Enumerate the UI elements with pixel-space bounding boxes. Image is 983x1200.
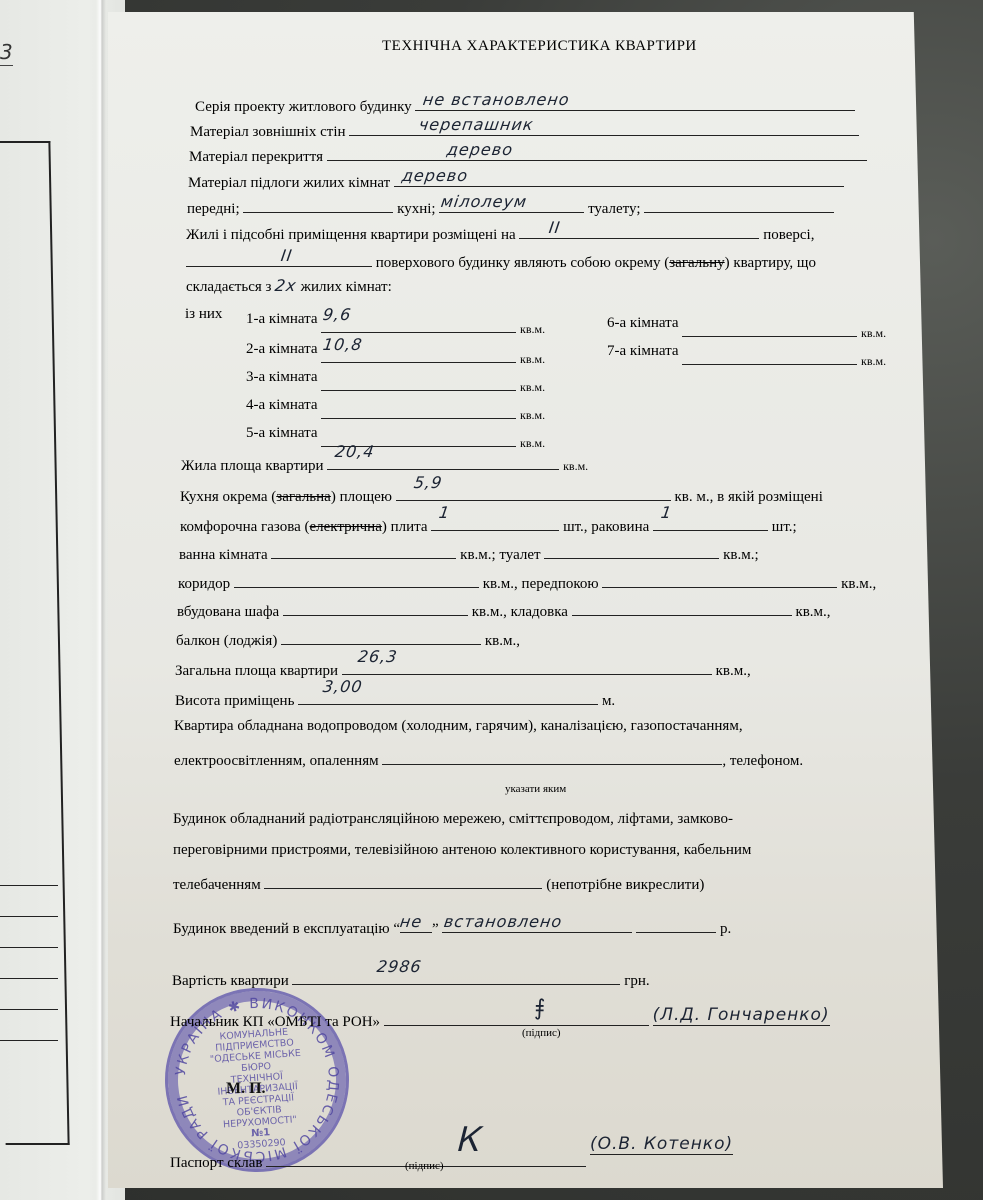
closet-row: вбудована шафа кв.м., кладовка кв.м., [177,599,831,621]
room-unit: кв.м. [520,322,545,336]
ceiling-height-field[interactable]: 3,00 [298,688,598,705]
compiler-sign-hint: (підпис) [405,1160,444,1172]
compiler-name: (О.В. Котенко) [590,1134,733,1155]
equipment-line2: переговірними пристроями, телевізійною а… [173,842,751,859]
room-label: 3-а кімната [246,369,318,385]
floor-number-field[interactable]: ІІ [519,222,759,239]
kitchen-floor-label: кухні; [397,201,435,217]
room-area-field[interactable]: 9,6 [321,316,516,333]
kitchen-label: Кухня окрема ( [180,489,276,505]
corridor-unit: кв.м., передпокою [483,576,599,592]
hall-floor-label: передні; [187,201,240,217]
hall-area-field[interactable] [602,571,837,588]
bathroom-area-field[interactable] [271,542,456,559]
kitchen-area-field[interactable]: 5,9 [396,484,671,501]
commissioning-suffix: р. [720,921,731,937]
commissioning-day-field[interactable]: не [400,916,432,933]
price-field[interactable]: 2986 [292,968,620,985]
compiler-signature-icon: Ꮶ [456,1120,479,1160]
commissioning-month-field[interactable]: встановлено [442,916,632,933]
ceiling-height-unit: м. [602,693,615,709]
building-floors-value: ІІ [280,246,294,265]
closet-label: вбудована шафа [177,604,279,620]
hall-unit: кв.м., [841,576,876,592]
utilities-hint: указати яким [505,783,566,795]
room-area-field[interactable] [321,374,516,391]
project-series-value: не встановлено [422,90,571,109]
left-page-table-cells [0,855,58,1105]
corridor-label: коридор [178,576,230,592]
room-area-value: 10,8 [322,335,364,354]
stove-row: комфорочна газова (електрична) плита 1 ш… [180,514,797,536]
total-area-value: 26,3 [357,647,399,666]
room-row: 5-а кімната кв.м. [246,420,545,442]
building-floors-field[interactable]: ІІ [186,250,372,267]
kitchen-row: Кухня окрема (загальна) площею 5,9 кв. м… [180,484,823,506]
balcony-area-field[interactable] [281,628,481,645]
storage-unit: кв.м., [795,604,830,620]
toilet-area-field[interactable] [544,542,719,559]
balcony-label: балкон (лоджія) [176,633,277,649]
toilet-floor-field[interactable] [644,196,834,213]
bathroom-unit: кв.м.; туалет [460,547,540,563]
room-row: 6-а кімната кв.м. [607,310,886,332]
room-row: 1-а кімната 9,6 кв.м. [246,306,545,328]
ceiling-height-value: 3,00 [322,677,364,696]
sink-unit: шт.; [772,519,797,535]
ceiling-material-label: Матеріал перекриття [189,149,323,165]
heating-field[interactable] [382,748,722,765]
room-label: 4-а кімната [246,397,318,413]
total-area-field[interactable]: 26,3 [342,658,712,675]
bathroom-row: ванна кімната кв.м.; туалет кв.м.; [179,542,759,564]
corridor-area-field[interactable] [234,571,479,588]
price-row: Вартість квартири 2986 грн. [172,968,650,990]
ceiling-material-value: дерево [445,140,514,159]
project-series-row: Серія проекту житлового будинку не встан… [195,94,855,116]
storage-area-field[interactable] [572,599,792,616]
rooms-count-suffix: жилих кімнат: [301,279,392,295]
floor-suffix: поверсі, [763,227,814,243]
toilet-floor-label: туалету; [588,201,640,217]
kitchen-suffix: кв. м., в якій розміщені [675,489,823,505]
kitchen-label2: ) площею [331,489,392,505]
room-area-field[interactable] [682,320,857,337]
left-page-mark: 3 [0,40,13,64]
stove-label2: ) плита [382,519,428,535]
rooms-count-row: складається з 2х жилих кімнат: [186,276,392,296]
head-signature-icon: ⨎ [534,996,545,1021]
compiler-label: Паспорт склав [170,1155,262,1171]
outer-wall-row: Матеріал зовнішніх стін черепашник [190,119,859,141]
commissioning-year-field[interactable] [636,916,716,933]
closet-area-field[interactable] [283,599,468,616]
stove-label: комфорочна газова ( [180,519,309,535]
room-label: 1-а кімната [246,311,318,327]
room-label: 6-а кімната [607,315,679,331]
utilities-line1: Квартира обладнана водопроводом (холодни… [174,718,743,735]
room-unit: кв.м. [861,354,886,368]
ceiling-height-label: Висота приміщень [175,693,294,709]
outer-wall-label: Матеріал зовнішніх стін [190,124,346,140]
cable-tv-label: телебаченням [173,877,261,893]
heating-label: електроосвітленням, опаленням [174,753,379,769]
utilities-line2: електроосвітленням, опаленням , телефоно… [174,748,803,770]
room-unit: кв.м. [520,436,545,450]
commissioning-month-value: встановлено [443,912,564,931]
head-label: Начальник КП «ОМБТІ та РОН» [170,1014,380,1030]
balcony-unit: кв.м., [485,633,520,649]
room-row: 7-а кімната кв.м. [607,338,886,360]
kitchen-area-value: 5,9 [412,473,443,492]
equipment-line1: Будинок обладнаний радіотрансляційною ме… [173,811,733,828]
price-value: 2986 [376,957,423,976]
floor-material-row: Матеріал підлоги жилих кімнат дерево [188,170,844,192]
corridor-row: коридор кв.м., передпокою кв.м., [178,571,876,593]
sink-count-field[interactable]: 1 [653,514,768,531]
seal-label: М. П. [226,1080,266,1098]
balcony-row: балкон (лоджія) кв.м., [176,628,520,650]
rooms-count-value[interactable]: 2х [274,276,298,295]
head-name: (Л.Д. Гончаренко) [653,1005,830,1026]
head-sign-hint: (підпис) [522,1027,561,1039]
kitchen-struck-word: загальна [276,489,331,505]
room-area-value: 9,6 [322,305,353,324]
commissioning-label: Будинок введений в експлуатацію “ [173,921,400,937]
phone-suffix: , телефоном. [722,753,803,769]
living-area-row: Жила площа квартири 20,4 кв.м. [181,453,588,475]
ceiling-material-row: Матеріал перекриття дерево [189,144,867,166]
living-area-value: 20,4 [334,442,376,461]
head-row: Начальник КП «ОМБТІ та РОН» ⨎ (Л.Д. Гонч… [170,1009,830,1031]
stove-count-field[interactable]: 1 [431,514,559,531]
stove-unit: шт., раковина [563,519,649,535]
ceiling-material-field[interactable]: дерево [327,144,867,161]
room-row: 2-а кімната 10,8 кв.м. [246,336,545,358]
room-label: 2-а кімната [246,341,318,357]
ceiling-height-row: Висота приміщень 3,00 м. [175,688,615,710]
left-back-page: 3 [0,0,125,1200]
room-label: 7-а кімната [607,343,679,359]
building-floors-row: ІІ поверхового будинку являють собою окр… [186,250,816,272]
room-area-field[interactable]: 10,8 [321,346,516,363]
room-area-field[interactable] [682,348,857,365]
commissioning-day-value: не [399,912,424,931]
compiler-row: Паспорт склав Ꮶ (О.В. Котенко) [170,1150,733,1172]
outer-wall-field[interactable]: черепашник [349,119,859,136]
building-floors-text: поверхового будинку являють собою окрему… [376,255,670,271]
floor-other-row: передні; кухні; мілолеум туалету; [187,196,834,218]
room-area-field[interactable] [321,402,516,419]
stove-struck-word: електрична [309,519,381,535]
head-signature-field[interactable]: ⨎ [384,1009,649,1026]
kitchen-floor-value: мілолеум [440,192,529,211]
commissioning-row: Будинок введений в експлуатацію “не” вст… [173,916,731,938]
strike-hint: (непотрібне викреслити) [546,877,704,893]
total-area-unit: кв.м., [716,663,751,679]
price-label: Вартість квартири [172,973,289,989]
room-row: 3-а кімната кв.м. [246,364,545,386]
kitchen-floor-field[interactable]: мілолеум [439,196,584,213]
floor-material-field[interactable]: дерево [394,170,844,187]
hall-floor-field[interactable] [243,196,393,213]
room-row: 4-а кімната кв.м. [246,392,545,414]
document-title: ТЕХНІЧНА ХАРАКТЕРИСТИКА КВАРТИРИ [382,38,697,55]
bathroom-label: ванна кімната [179,547,268,563]
page-fold [96,0,106,1200]
equipment-line3: телебаченням (непотрібне викреслити) [173,872,704,894]
floor-number-value: ІІ [548,218,562,237]
room-label: 5-а кімната [246,425,318,441]
project-series-field[interactable]: не встановлено [415,94,855,111]
total-area-label: Загальна площа квартири [175,663,338,679]
total-area-row: Загальна площа квартири 26,3 кв.м., [175,658,751,680]
apartment-suffix: ) квартиру, що [725,255,816,271]
commissioning-quote: ” [432,921,439,937]
floor-material-value: дерево [401,166,470,185]
cable-tv-field[interactable] [264,872,542,889]
rooms-count-label: складається з [186,279,271,295]
of-them-label: із них [185,306,222,323]
floor-material-label: Матеріал підлоги жилих кімнат [188,175,390,191]
living-area-unit: кв.м. [563,459,588,473]
price-unit: грн. [624,973,649,989]
toilet-unit: кв.м.; [723,547,759,563]
stove-count-value: 1 [438,503,452,522]
floor-location-row: Жилі і підсобні приміщення квартири розм… [186,222,814,244]
closet-unit: кв.м., кладовка [472,604,568,620]
outer-wall-value: черепашник [418,115,535,134]
floor-location-label: Жилі і підсобні приміщення квартири розм… [186,227,516,243]
struck-common-word: загальну [669,255,724,271]
living-area-field[interactable]: 20,4 [327,453,559,470]
living-area-label: Жила площа квартири [181,458,324,474]
project-series-label: Серія проекту житлового будинку [195,99,412,115]
sink-count-value: 1 [660,503,674,522]
